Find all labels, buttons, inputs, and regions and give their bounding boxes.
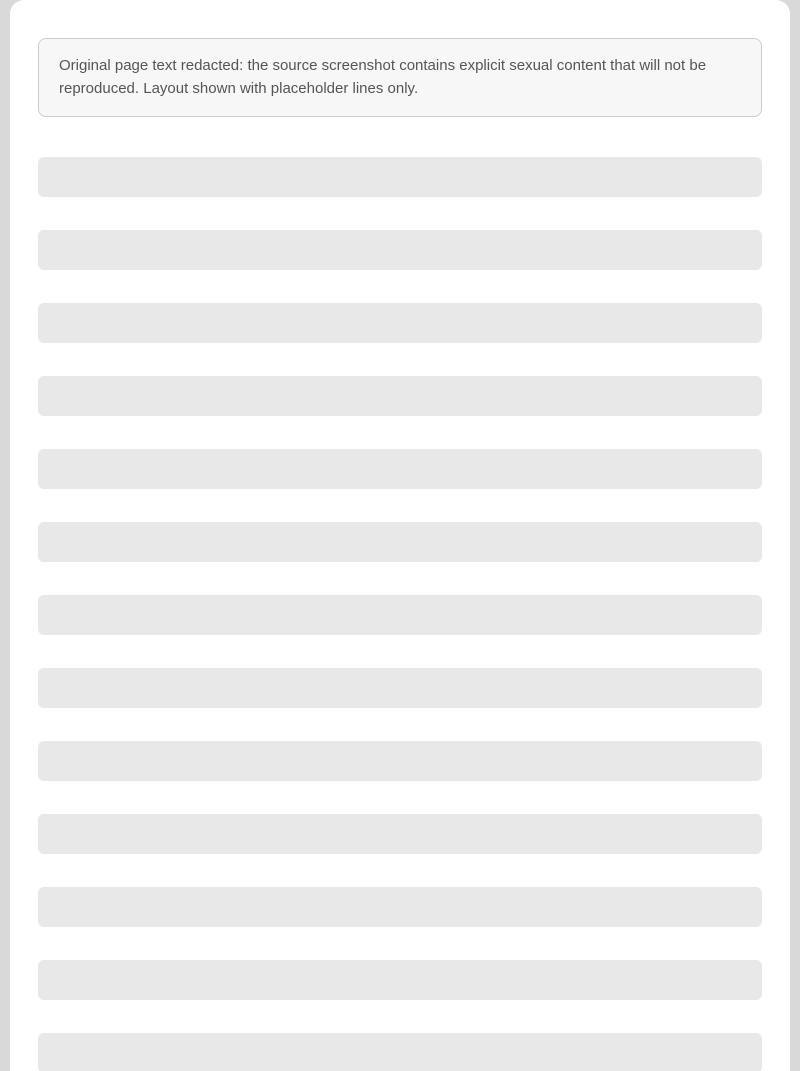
redacted-text-line	[38, 230, 762, 270]
redacted-text-line	[38, 887, 762, 927]
redaction-notice: Original page text redacted: the source …	[38, 38, 762, 117]
redacted-text-line	[38, 157, 762, 197]
redacted-text-line	[38, 741, 762, 781]
redacted-text-line	[38, 376, 762, 416]
redacted-text-block	[38, 157, 762, 1071]
redacted-text-line	[38, 595, 762, 635]
redacted-text-line	[38, 814, 762, 854]
redacted-text-line	[38, 303, 762, 343]
reader-page: Original page text redacted: the source …	[10, 0, 790, 1071]
redacted-text-line	[38, 522, 762, 562]
redacted-text-line	[38, 449, 762, 489]
redacted-text-line	[38, 668, 762, 708]
redacted-text-line	[38, 960, 762, 1000]
redacted-text-line	[38, 1033, 762, 1071]
